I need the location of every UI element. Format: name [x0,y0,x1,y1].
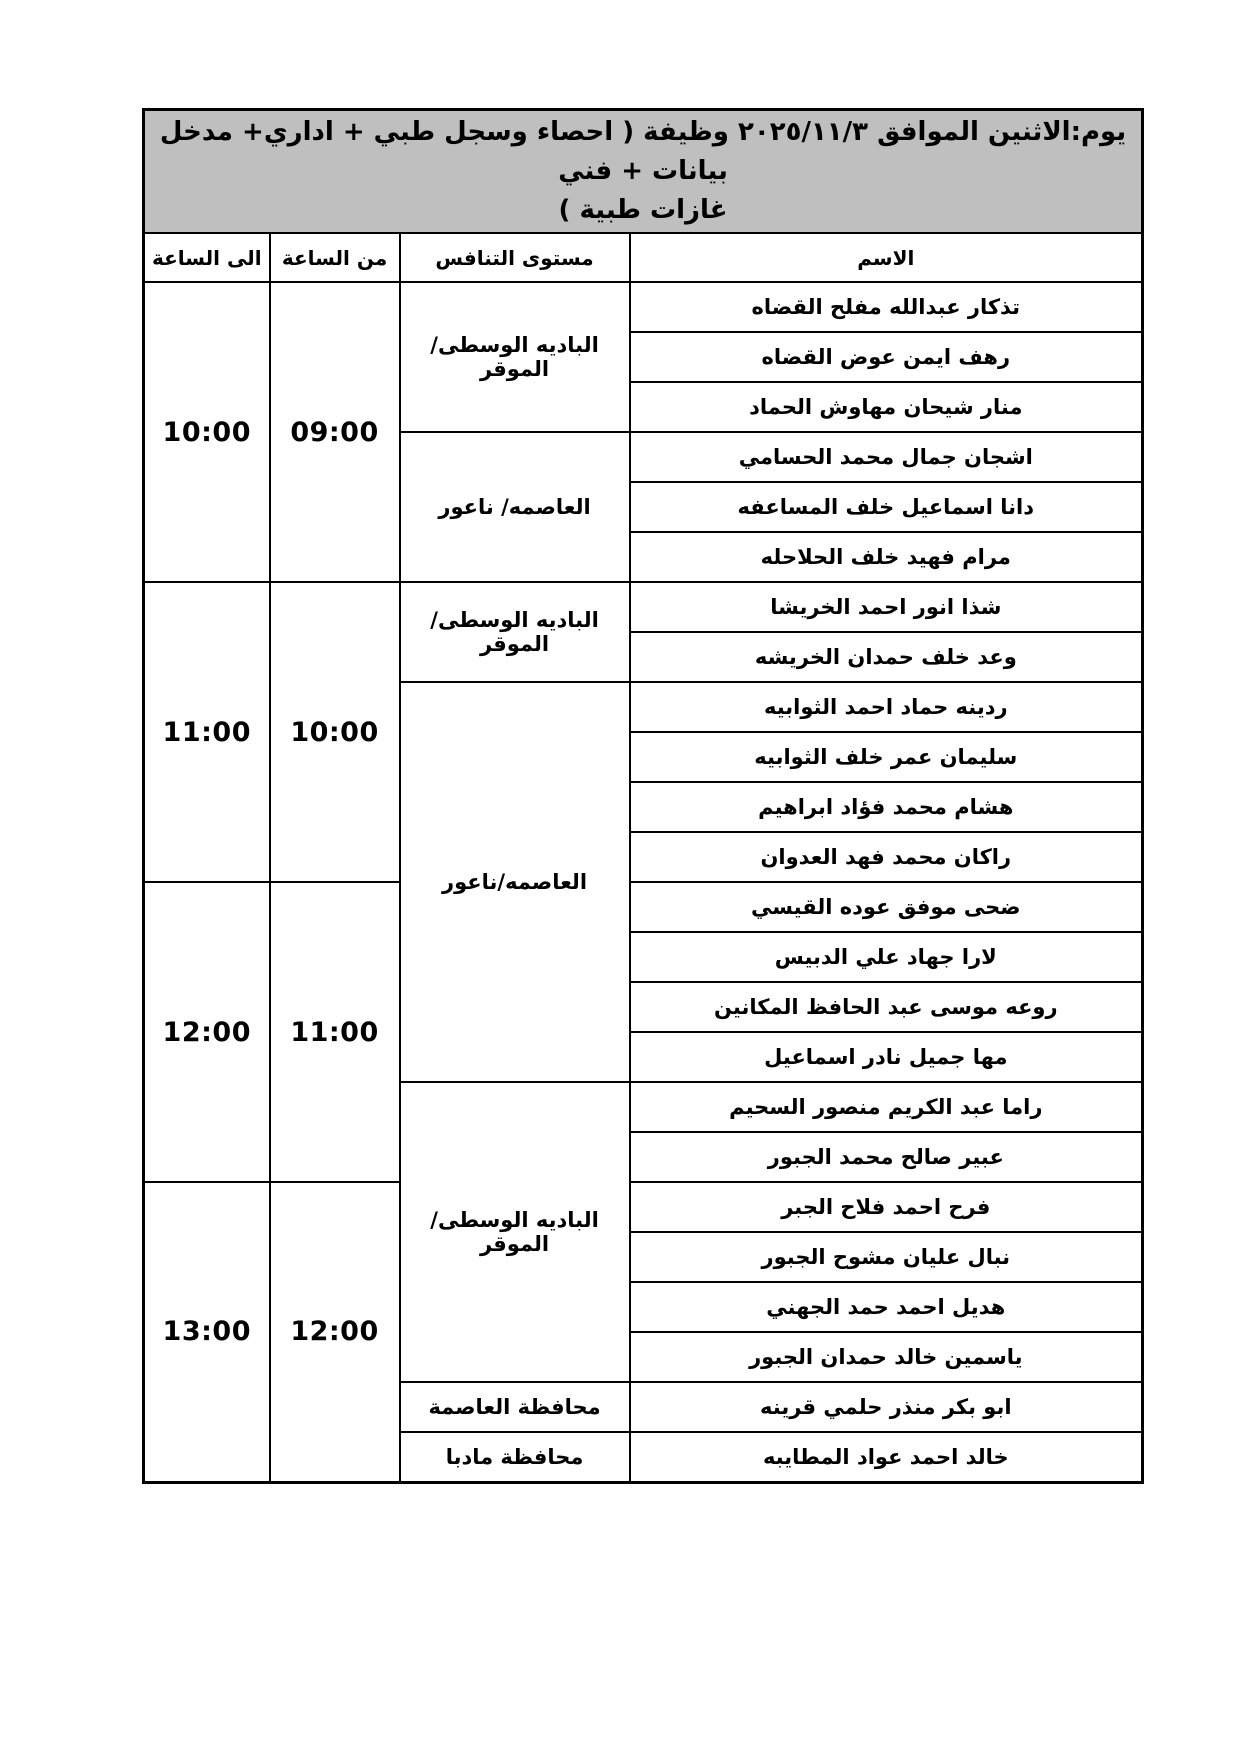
from-time-cell: 09:00 [270,282,400,582]
name-cell: رهف ايمن عوض القضاه [630,332,1143,382]
level-cell: العاصمه/ ناعور [400,432,630,582]
name-cell: وعد خلف حمدان الخريشه [630,632,1143,682]
level-cell: محافظة مادبا [400,1432,630,1482]
level-cell: الباديه الوسطى/الموقر [400,582,630,682]
name-cell: راكان محمد فهد العدوان [630,832,1143,882]
table-row: ضحى موفق عوده القيسي 11:00 12:00 [144,882,1143,932]
name-cell: اشجان جمال محمد الحسامي [630,432,1143,482]
name-cell: هشام محمد فؤاد ابراهيم [630,782,1143,832]
name-cell: ياسمين خالد حمدان الجبور [630,1332,1143,1382]
name-cell: راما عبد الكريم منصور السحيم [630,1082,1143,1132]
name-cell: فرح احمد فلاح الجبر [630,1182,1143,1232]
to-time-cell: 13:00 [144,1182,270,1482]
level-cell: العاصمه/ناعور [400,682,630,1082]
document-page: يوم:الاثنين الموافق ٢٠٢٥/١١/٣ وظيفة ( اح… [0,0,1240,1754]
to-time-cell: 11:00 [144,582,270,882]
name-cell: خالد احمد عواد المطايبه [630,1432,1143,1482]
name-cell: هديل احمد حمد الجهني [630,1282,1143,1332]
name-cell: ضحى موفق عوده القيسي [630,882,1143,932]
column-header-to: الى الساعة [144,233,270,282]
from-time-cell: 10:00 [270,582,400,882]
name-cell: ردينه حماد احمد الثوابيه [630,682,1143,732]
name-cell: نبال عليان مشوح الجبور [630,1232,1143,1282]
to-time-cell: 10:00 [144,282,270,582]
column-header-level: مستوى التنافس [400,233,630,282]
schedule-table: يوم:الاثنين الموافق ٢٠٢٥/١١/٣ وظيفة ( اح… [142,108,1144,1484]
name-cell: منار شيحان مهاوش الحماد [630,382,1143,432]
table-row: شذا انور احمد الخريشا الباديه الوسطى/الم… [144,582,1143,632]
name-cell: شذا انور احمد الخريشا [630,582,1143,632]
level-cell: محافظة العاصمة [400,1382,630,1432]
table-row: فرح احمد فلاح الجبر 12:00 13:00 [144,1182,1143,1232]
document-title-line-1: يوم:الاثنين الموافق ٢٠٢٥/١١/٣ وظيفة ( اح… [153,113,1133,191]
level-cell: الباديه الوسطى/ الموقر [400,1082,630,1382]
from-time-cell: 11:00 [270,882,400,1182]
column-header-from: من الساعة [270,233,400,282]
document-title: يوم:الاثنين الموافق ٢٠٢٥/١١/٣ وظيفة ( اح… [144,110,1143,234]
name-cell: روعه موسى عبد الحافظ المكانين [630,982,1143,1032]
name-cell: سليمان عمر خلف الثوابيه [630,732,1143,782]
name-cell: ابو بكر منذر حلمي قرينه [630,1382,1143,1432]
column-header-row: الاسم مستوى التنافس من الساعة الى الساعة [144,233,1143,282]
name-cell: عبير صالح محمد الجبور [630,1132,1143,1182]
table-row: تذكار عبدالله مفلح القضاه الباديه الوسطى… [144,282,1143,332]
name-cell: مها جميل نادر اسماعيل [630,1032,1143,1082]
name-cell: لارا جهاد علي الدبيس [630,932,1143,982]
level-cell: الباديه الوسطى/ الموقر [400,282,630,432]
document-title-line-2: غازات طبية ) [153,191,1133,230]
from-time-cell: 12:00 [270,1182,400,1482]
name-cell: تذكار عبدالله مفلح القضاه [630,282,1143,332]
name-cell: مرام فهيد خلف الحلاحله [630,532,1143,582]
title-row: يوم:الاثنين الموافق ٢٠٢٥/١١/٣ وظيفة ( اح… [144,110,1143,234]
column-header-name: الاسم [630,233,1143,282]
to-time-cell: 12:00 [144,882,270,1182]
name-cell: دانا اسماعيل خلف المساعفه [630,482,1143,532]
